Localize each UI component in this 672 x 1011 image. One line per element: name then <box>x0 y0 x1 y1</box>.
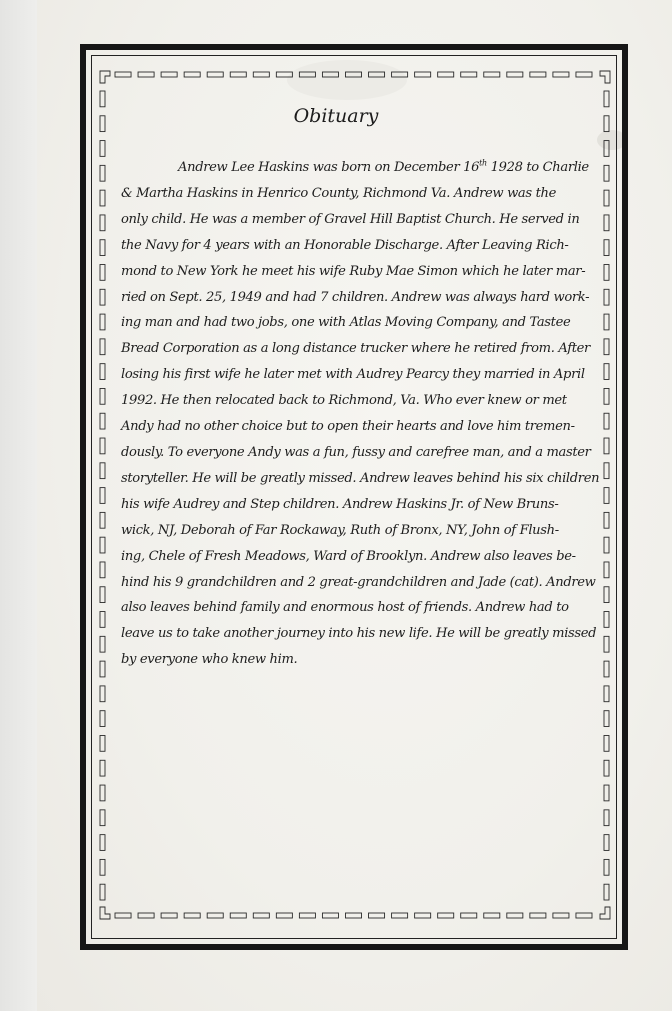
body-line: 1992. He then relocated back to Richmond… <box>121 388 601 414</box>
body-line: by everyone who knew him. <box>121 647 601 673</box>
body-line: storyteller. He will be greatly missed. … <box>121 466 601 492</box>
body-line-text: 1928 to Charlie <box>487 160 589 175</box>
body-line-text: losing his first wife he later met with … <box>121 367 585 382</box>
body-line-text: only child. He was a member of Gravel Hi… <box>121 212 579 227</box>
body-line: Andrew Lee Haskins was born on December … <box>121 155 601 181</box>
body-line: ried on Sept. 25, 1949 and had 7 childre… <box>121 285 601 311</box>
body-line-text: hind his 9 grandchildren and 2 great-gra… <box>121 575 596 590</box>
body-line: Andy had no other choice but to open the… <box>121 414 601 440</box>
body-line-text: dously. To everyone Andy was a fun, fuss… <box>121 445 591 460</box>
body-line: leave us to take another journey into hi… <box>121 621 601 647</box>
body-line: dously. To everyone Andy was a fun, fuss… <box>121 440 601 466</box>
body-line-text: ing man and had two jobs, one with Atlas… <box>121 315 570 330</box>
body-line-text: leave us to take another journey into hi… <box>121 626 596 641</box>
body-line-text: by everyone who knew him. <box>121 652 297 667</box>
body-line-text: the Navy for 4 years with an Honorable D… <box>121 238 568 253</box>
body-line: wick, NJ, Deborah of Far Rockaway, Ruth … <box>121 518 601 544</box>
body-line-text: 1992. He then relocated back to Richmond… <box>121 393 567 408</box>
body-line-text: storyteller. He will be greatly missed. … <box>121 471 599 486</box>
body-line-text: ing, Chele of Fresh Meadows, Ward of Bro… <box>121 549 576 564</box>
body-line: losing his first wife he later met with … <box>121 362 601 388</box>
body-line: only child. He was a member of Gravel Hi… <box>121 207 601 233</box>
ordinal-suffix: th <box>479 159 487 168</box>
obituary-body: Andrew Lee Haskins was born on December … <box>121 155 601 673</box>
body-line-text: mond to New York he meet his wife Ruby M… <box>121 264 585 279</box>
body-line-text: also leaves behind family and enormous h… <box>121 600 569 615</box>
body-line: ing, Chele of Fresh Meadows, Ward of Bro… <box>121 544 601 570</box>
document-title: Obituary <box>0 105 672 127</box>
body-line-text: & Martha Haskins in Henrico County, Rich… <box>121 186 556 201</box>
body-line: his wife Audrey and Step children. Andre… <box>121 492 601 518</box>
body-line: also leaves behind family and enormous h… <box>121 595 601 621</box>
body-line-text: ried on Sept. 25, 1949 and had 7 childre… <box>121 290 589 305</box>
body-line-text: Andrew Lee Haskins was born on December … <box>178 160 479 175</box>
body-line-text: his wife Audrey and Step children. Andre… <box>121 497 558 512</box>
body-line-text: Bread Corporation as a long distance tru… <box>121 341 590 356</box>
body-line: ing man and had two jobs, one with Atlas… <box>121 310 601 336</box>
body-line: Bread Corporation as a long distance tru… <box>121 336 601 362</box>
body-line: mond to New York he meet his wife Ruby M… <box>121 259 601 285</box>
body-line-text: Andy had no other choice but to open the… <box>121 419 575 434</box>
body-line: & Martha Haskins in Henrico County, Rich… <box>121 181 601 207</box>
body-line-text: wick, NJ, Deborah of Far Rockaway, Ruth … <box>121 523 559 538</box>
scanner-margin <box>0 0 37 1011</box>
body-line: hind his 9 grandchildren and 2 great-gra… <box>121 570 601 596</box>
body-line: the Navy for 4 years with an Honorable D… <box>121 233 601 259</box>
